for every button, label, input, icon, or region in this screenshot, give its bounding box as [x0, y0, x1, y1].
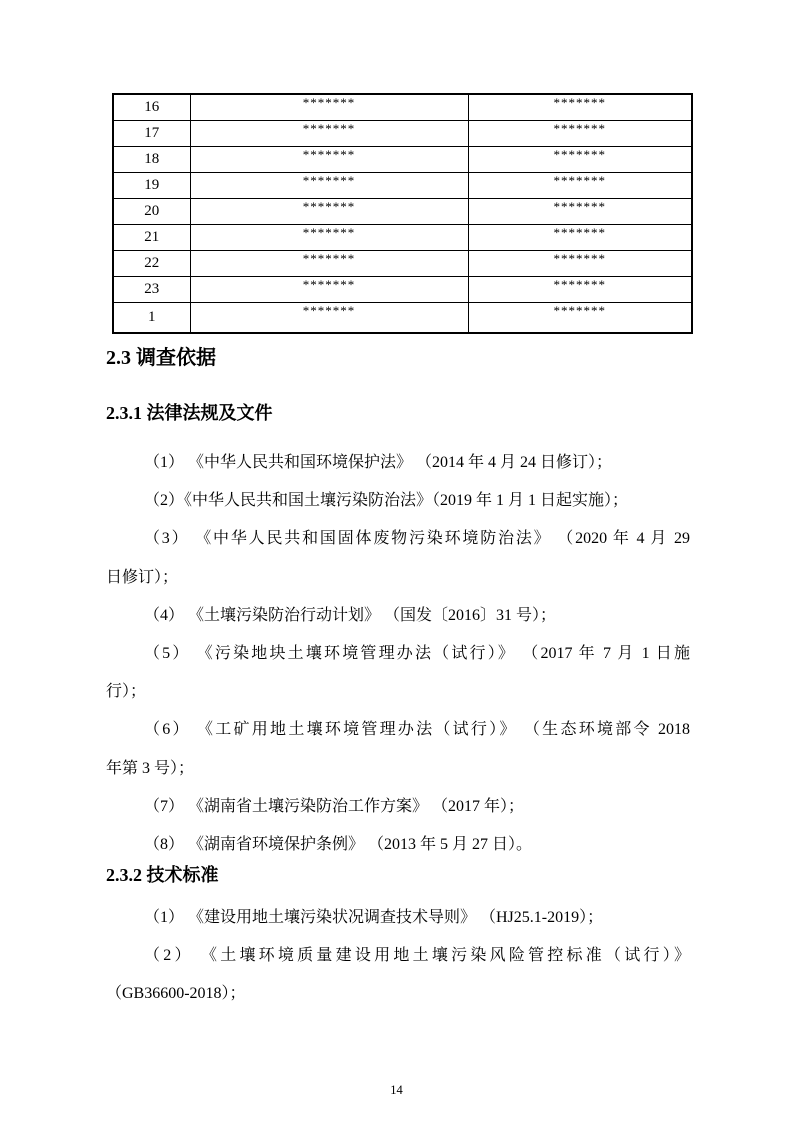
- row-number-cell: 16: [113, 94, 190, 120]
- paragraph-line: 行）；: [106, 673, 690, 711]
- redacted-value-cell: *******: [468, 94, 692, 120]
- section-2-3-heading: 2.3 调查依据: [106, 344, 216, 372]
- section-2-3-2-body: （1） 《建设用地土壤污染状况调查技术导则》 （HJ25.1-2019）；（2）…: [106, 899, 690, 1014]
- redacted-value-cell: *******: [468, 146, 692, 172]
- redacted-value-cell: *******: [190, 172, 468, 198]
- row-number-cell: 23: [113, 276, 190, 302]
- paragraph-line: （8） 《湖南省环境保护条例》 （2013 年 5 月 27 日）。: [106, 826, 690, 864]
- paragraph-line: （1） 《建设用地土壤污染状况调查技术导则》 （HJ25.1-2019）；: [106, 899, 690, 937]
- paragraph-line: （GB36600-2018）；: [106, 975, 690, 1013]
- paragraph-line: （7） 《湖南省土壤污染防治工作方案》 （2017 年）；: [106, 788, 690, 826]
- data-table: 16**************17**************18******…: [112, 93, 693, 334]
- table-row: 17**************: [113, 120, 692, 146]
- paragraph-line: （1） 《中华人民共和国环境保护法》 （2014 年 4 月 24 日修订）；: [106, 444, 690, 482]
- row-number-cell: 20: [113, 198, 190, 224]
- section-2-3-1-heading: 2.3.1 法律法规及文件: [106, 401, 273, 426]
- page-number: 14: [0, 1083, 793, 1098]
- redacted-value-cell: *******: [468, 276, 692, 302]
- paragraph-line: （2）《中华人民共和国土壤污染防治法》（2019 年 1 月 1 日起实施）；: [106, 482, 690, 520]
- section-2-3-2-heading: 2.3.2 技术标准: [106, 863, 219, 888]
- row-number-cell: 22: [113, 250, 190, 276]
- row-number-cell: 19: [113, 172, 190, 198]
- redacted-value-cell: *******: [190, 276, 468, 302]
- redacted-value-cell: *******: [468, 250, 692, 276]
- section-2-3-1-body: （1） 《中华人民共和国环境保护法》 （2014 年 4 月 24 日修订）；（…: [106, 444, 690, 864]
- paragraph-line: （6） 《工矿用地土壤环境管理办法（试行）》 （生态环境部令 2018: [106, 711, 690, 749]
- redacted-value-cell: *******: [190, 250, 468, 276]
- redacted-value-cell: *******: [468, 198, 692, 224]
- table-row: 18**************: [113, 146, 692, 172]
- row-number-cell: 1: [113, 302, 190, 333]
- table-body: 16**************17**************18******…: [113, 94, 692, 333]
- row-number-cell: 21: [113, 224, 190, 250]
- table-row: 21**************: [113, 224, 692, 250]
- table-row: 23**************: [113, 276, 692, 302]
- redacted-value-cell: *******: [190, 94, 468, 120]
- row-number-cell: 17: [113, 120, 190, 146]
- paragraph-line: （3） 《中华人民共和国固体废物污染环境防治法》 （2020 年 4 月 29: [106, 520, 690, 558]
- table-row: 16**************: [113, 94, 692, 120]
- redacted-value-cell: *******: [190, 146, 468, 172]
- redacted-value-cell: *******: [468, 120, 692, 146]
- redacted-value-cell: *******: [190, 120, 468, 146]
- document-page: 16**************17**************18******…: [0, 0, 793, 1122]
- paragraph-line: 日修订）；: [106, 559, 690, 597]
- redacted-value-cell: *******: [190, 198, 468, 224]
- redacted-value-cell: *******: [190, 224, 468, 250]
- table-row: 19**************: [113, 172, 692, 198]
- redacted-value-cell: *******: [468, 172, 692, 198]
- paragraph-line: （5） 《污染地块土壤环境管理办法（试行）》 （2017 年 7 月 1 日施: [106, 635, 690, 673]
- table-row: 22**************: [113, 250, 692, 276]
- redacted-value-cell: *******: [468, 224, 692, 250]
- paragraph-line: 年第 3 号）；: [106, 750, 690, 788]
- row-number-cell: 18: [113, 146, 190, 172]
- paragraph-line: （2） 《土壤环境质量建设用地土壤污染风险管控标准（试行）》: [106, 937, 690, 975]
- table-row: 1**************: [113, 302, 692, 333]
- table-row: 20**************: [113, 198, 692, 224]
- redacted-value-cell: *******: [190, 302, 468, 333]
- paragraph-line: （4） 《土壤污染防治行动计划》 （国发〔2016〕31 号）；: [106, 597, 690, 635]
- redacted-value-cell: *******: [468, 302, 692, 333]
